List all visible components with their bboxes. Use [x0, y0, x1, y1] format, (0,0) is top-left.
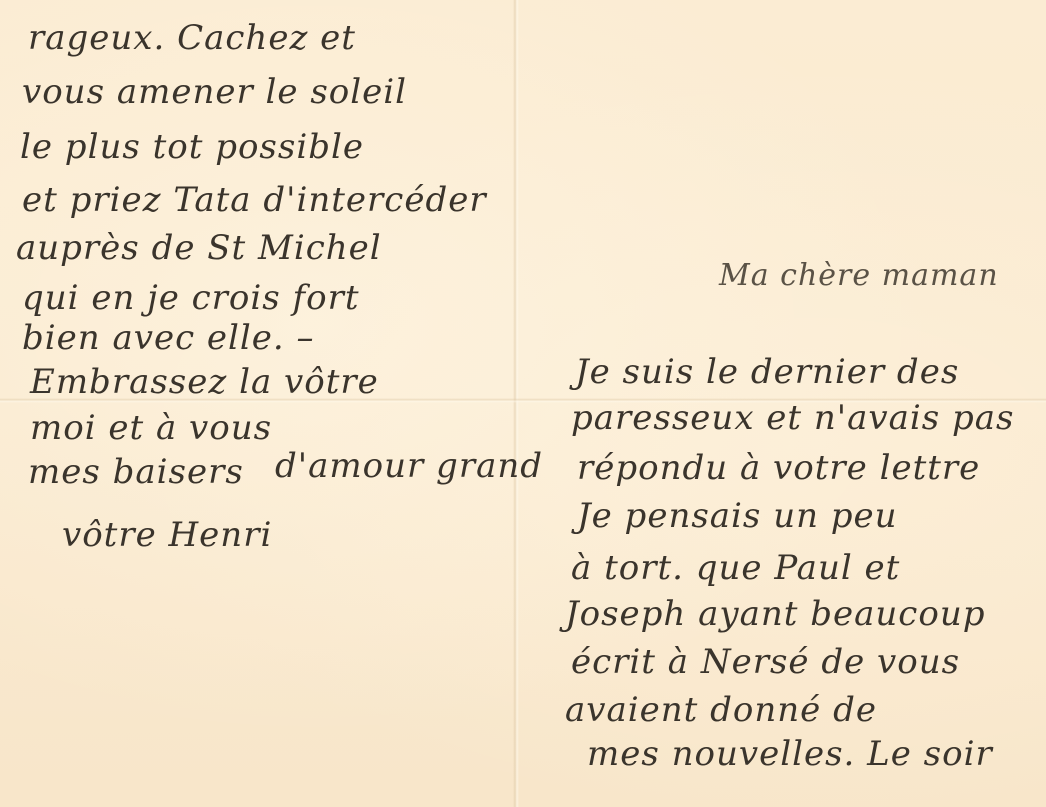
right-line-3: répondu à votre lettre — [577, 448, 980, 488]
letter-sheet: rageux. Cachez et vous amener le soleil … — [0, 0, 1046, 807]
closing-and-signature: vôtre Henri — [62, 515, 272, 555]
right-line-1: Je suis le dernier des — [575, 352, 959, 392]
left-line-10: mes baisers — [28, 452, 244, 492]
right-line-4: Je pensais un peu — [577, 496, 898, 536]
right-line-8: avaient donné de — [565, 690, 877, 730]
left-line-7: bien avec elle. – — [22, 318, 315, 358]
right-line-2: paresseux et n'avais pas — [571, 398, 1015, 438]
right-line-9: mes nouvelles. Le soir — [587, 734, 993, 774]
right-line-7: écrit à Nersé de vous — [571, 642, 960, 682]
left-line-5: auprès de St Michel — [16, 228, 382, 268]
left-line-9: moi et à vous — [30, 408, 272, 448]
left-line-4: et priez Tata d'intercéder — [22, 180, 487, 220]
left-line-11: d'amour grand — [275, 446, 543, 486]
right-line-5: à tort. que Paul et — [571, 548, 900, 588]
left-line-2: vous amener le soleil — [22, 72, 407, 112]
salutation: Ma chère maman — [719, 258, 999, 293]
left-line-6: qui en je crois fort — [22, 278, 360, 318]
left-line-1: rageux. Cachez et — [28, 18, 356, 58]
right-page: Ma chère maman Je suis le dernier des pa… — [519, 0, 1046, 807]
left-line-8: Embrassez la vôtre — [30, 362, 379, 402]
right-line-6: Joseph ayant beaucoup — [565, 594, 985, 634]
left-line-3: le plus tot possible — [20, 127, 364, 167]
left-page: rageux. Cachez et vous amener le soleil … — [0, 0, 515, 807]
